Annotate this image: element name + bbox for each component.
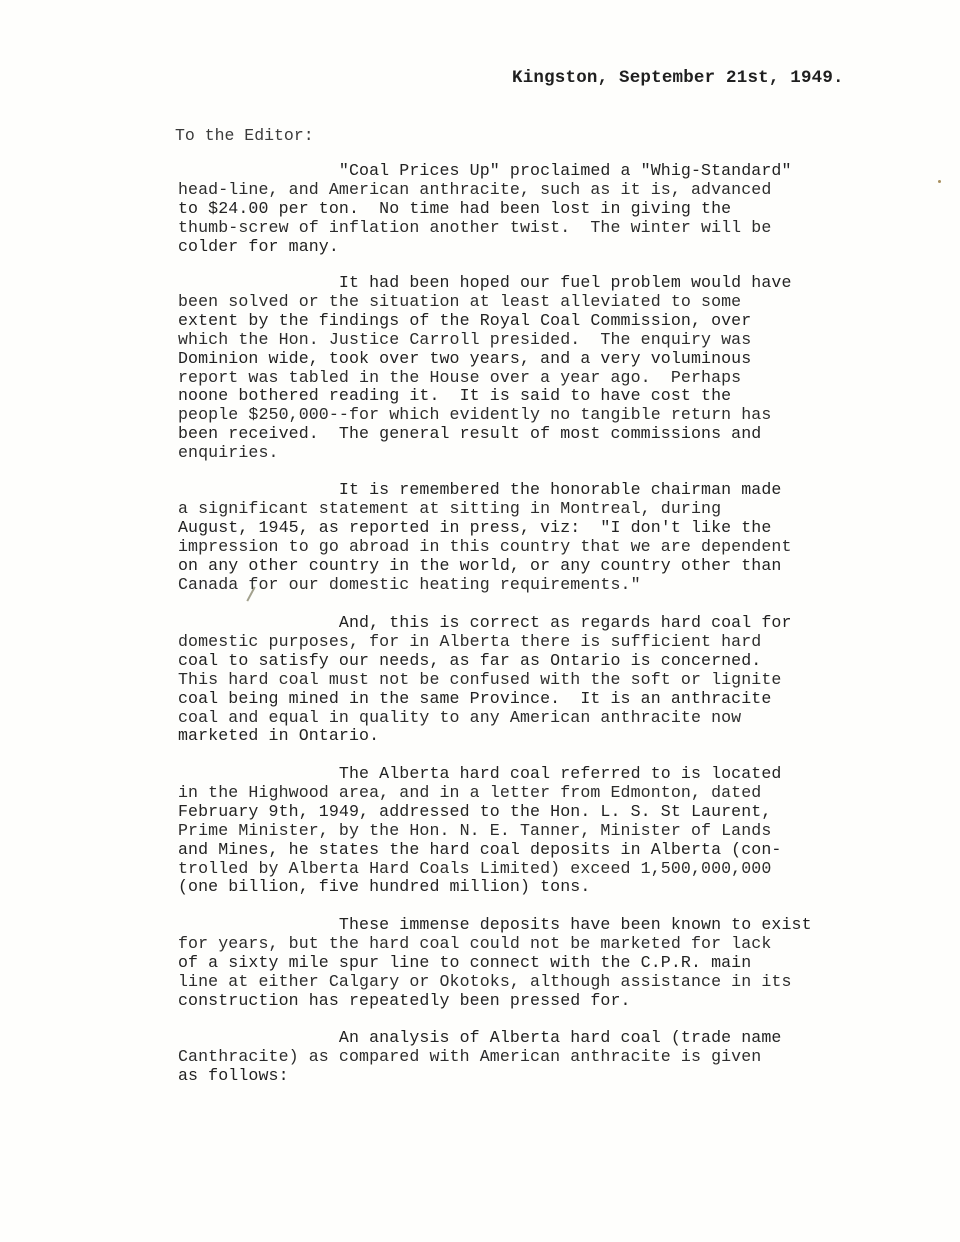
text-line: It is remembered the honorable chairman … <box>178 481 792 500</box>
text-line: domestic purposes, for in Alberta there … <box>178 633 792 652</box>
text-line: people $250,000--for which evidently no … <box>178 406 792 425</box>
paragraph-chairman-statement: It is remembered the honorable chairman … <box>178 481 792 594</box>
salutation: To the Editor: <box>175 126 314 145</box>
text-line: been solved or the situation at least al… <box>178 293 792 312</box>
text-line: "Coal Prices Up" proclaimed a "Whig-Stan… <box>178 162 792 181</box>
text-line: coal to satisfy our needs, as far as Ont… <box>178 652 792 671</box>
text-line: August, 1945, as reported in press, viz:… <box>178 519 792 538</box>
paragraph-analysis: An analysis of Alberta hard coal (trade … <box>178 1029 781 1086</box>
text-line: Dominion wide, took over two years, and … <box>178 350 792 369</box>
text-line: in the Highwood area, and in a letter fr… <box>178 784 781 803</box>
text-line: (one billion, five hundred million) tons… <box>178 878 781 897</box>
text-line: thumb-screw of inflation another twist. … <box>178 219 792 238</box>
text-line: which the Hon. Justice Carroll presided.… <box>178 331 792 350</box>
paragraph-highwood-deposits: The Alberta hard coal referred to is loc… <box>178 765 781 897</box>
text-line: Canthracite) as compared with American a… <box>178 1048 781 1067</box>
text-line: on any other country in the world, or an… <box>178 557 792 576</box>
letter-page: Kingston, September 21st, 1949. To the E… <box>0 0 960 1242</box>
text-line: marketed in Ontario. <box>178 727 792 746</box>
text-line: report was tabled in the House over a ye… <box>178 369 792 388</box>
margin-dot-mark <box>938 180 941 183</box>
text-line: impression to go abroad in this country … <box>178 538 792 557</box>
text-line: Canada for our domestic heating requirem… <box>178 576 792 595</box>
text-line: construction has repeatedly been pressed… <box>178 992 812 1011</box>
text-line: It had been hoped our fuel problem would… <box>178 274 792 293</box>
text-line: These immense deposits have been known t… <box>178 916 812 935</box>
text-line: And, this is correct as regards hard coa… <box>178 614 792 633</box>
paragraph-spur-line: These immense deposits have been known t… <box>178 916 812 1011</box>
text-line: February 9th, 1949, addressed to the Hon… <box>178 803 781 822</box>
text-line: for years, but the hard coal could not b… <box>178 935 812 954</box>
text-line: The Alberta hard coal referred to is loc… <box>178 765 781 784</box>
text-line: Prime Minister, by the Hon. N. E. Tanner… <box>178 822 781 841</box>
paragraph-coal-prices: "Coal Prices Up" proclaimed a "Whig-Stan… <box>178 162 792 257</box>
text-line: colder for many. <box>178 238 792 257</box>
text-line: coal being mined in the same Province. I… <box>178 690 792 709</box>
text-line: This hard coal must not be confused with… <box>178 671 792 690</box>
text-line: as follows: <box>178 1067 781 1086</box>
text-line: a significant statement at sitting in Mo… <box>178 500 792 519</box>
text-line: been received. The general result of mos… <box>178 425 792 444</box>
text-line: noone bothered reading it. It is said to… <box>178 387 792 406</box>
dateline: Kingston, September 21st, 1949. <box>512 68 844 88</box>
paragraph-alberta-hard-coal: And, this is correct as regards hard coa… <box>178 614 792 746</box>
text-line: line at either Calgary or Okotoks, altho… <box>178 973 812 992</box>
text-line: of a sixty mile spur line to connect wit… <box>178 954 812 973</box>
text-line: to $24.00 per ton. No time had been lost… <box>178 200 792 219</box>
text-line: and Mines, he states the hard coal depos… <box>178 841 781 860</box>
text-line: trolled by Alberta Hard Coals Limited) e… <box>178 860 781 879</box>
text-line: head-line, and American anthracite, such… <box>178 181 792 200</box>
text-line: extent by the findings of the Royal Coal… <box>178 312 792 331</box>
text-line: coal and equal in quality to any America… <box>178 709 792 728</box>
text-line: An analysis of Alberta hard coal (trade … <box>178 1029 781 1048</box>
paragraph-royal-commission: It had been hoped our fuel problem would… <box>178 274 792 463</box>
text-line: enquiries. <box>178 444 792 463</box>
